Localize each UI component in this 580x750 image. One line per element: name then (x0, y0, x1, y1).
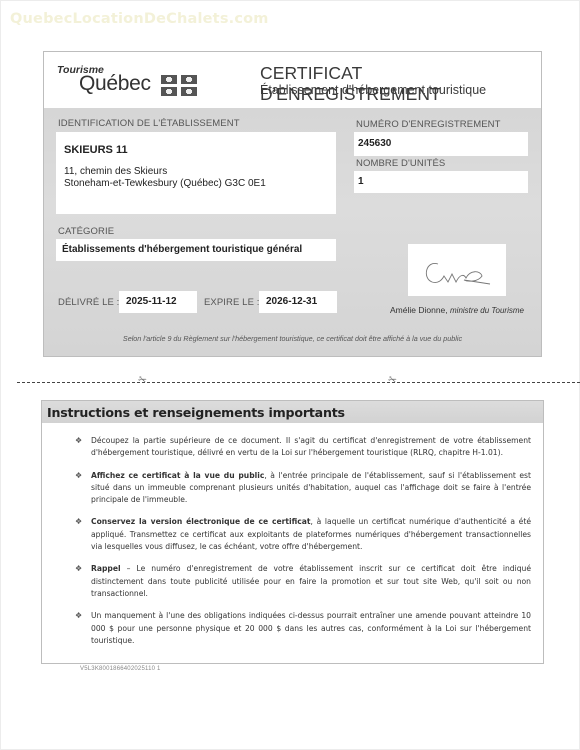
category-value: Établissements d'hébergement touristique… (56, 239, 336, 261)
address-line-2: Stoneham-et-Tewkesbury (Québec) G3C 0E1 (64, 178, 328, 190)
units-label: NOMBRE D'UNITÉS (356, 158, 445, 169)
units-value: 1 (354, 171, 528, 193)
brand-quebec: Québec (79, 72, 151, 96)
instruction-text: – Le numéro d'enregistrement de votre ét… (91, 564, 531, 598)
certificate-header: Tourisme Québec CERTIFICAT D'ENREGISTREM… (44, 52, 541, 108)
instructions-panel: Instructions et renseignements important… (41, 400, 544, 664)
instruction-emphasis: Rappel (91, 564, 121, 573)
registration-certificate: Tourisme Québec CERTIFICAT D'ENREGISTREM… (43, 51, 542, 357)
diamond-bullet-icon: ❖ (75, 435, 82, 447)
identification-label: IDENTIFICATION DE L'ÉTABLISSEMENT (58, 118, 240, 129)
signature-icon (408, 244, 506, 296)
issued-date: 2025-11-12 (119, 291, 197, 313)
diamond-bullet-icon: ❖ (75, 563, 82, 575)
signatory-name: Amélie Dionne, (390, 305, 448, 315)
registration-number-label: NUMÉRO D'ENREGISTREMENT (356, 119, 501, 130)
instruction-item: ❖Rappel – Le numéro d'enregistrement de … (42, 563, 543, 600)
expires-label: EXPIRE LE : (204, 297, 259, 308)
instruction-text: Découpez la partie supérieure de ce docu… (91, 436, 531, 457)
fleur-de-lis-icon (181, 87, 197, 96)
cut-line (17, 382, 580, 383)
issued-label: DÉLIVRÉ LE : (58, 297, 119, 308)
instructions-heading: Instructions et renseignements important… (42, 401, 543, 423)
registration-number: 245630 (354, 132, 528, 156)
diamond-bullet-icon: ❖ (75, 470, 82, 482)
certificate-subtitle: Établissement d'hébergement touristique (260, 83, 486, 97)
diamond-bullet-icon: ❖ (75, 516, 82, 528)
instruction-emphasis: Affichez ce certificat à la vue du publi… (91, 471, 264, 480)
fleur-de-lis-icon (161, 87, 177, 96)
address-line-1: 11, chemin des Skieurs (64, 166, 328, 178)
expires-date: 2026-12-31 (259, 291, 337, 313)
reference-code: V5L3K8001866402025110 1 (80, 666, 161, 672)
signatory: Amélie Dionne, ministre du Tourisme (390, 305, 524, 315)
signature (408, 244, 506, 296)
instruction-item: ❖Un manquement à l'une des obligations i… (42, 610, 543, 647)
fleur-de-lis-icon (181, 75, 197, 84)
establishment-name: SKIEURS 11 (64, 144, 328, 156)
identification-box: SKIEURS 11 11, chemin des Skieurs Stoneh… (56, 132, 336, 214)
certificate-footer-note: Selon l'article 9 du Règlement sur l'héb… (44, 334, 541, 343)
instruction-emphasis: Conservez la version électronique de ce … (91, 517, 311, 526)
instruction-item: ❖Conservez la version électronique de ce… (42, 516, 543, 553)
quebec-flag-icon (161, 75, 197, 97)
diamond-bullet-icon: ❖ (75, 610, 82, 622)
instruction-text: Un manquement à l'une des obligations in… (91, 611, 531, 645)
watermark: QuebecLocationDeChalets.com (10, 11, 269, 27)
fleur-de-lis-icon (161, 75, 177, 84)
signatory-title: ministre du Tourisme (450, 306, 524, 315)
instruction-item: ❖Affichez ce certificat à la vue du publ… (42, 470, 543, 507)
certificate-body: IDENTIFICATION DE L'ÉTABLISSEMENT SKIEUR… (44, 108, 541, 356)
category-label: CATÉGORIE (58, 226, 114, 237)
instructions-list: ❖Découpez la partie supérieure de ce doc… (42, 435, 543, 657)
instruction-item: ❖Découpez la partie supérieure de ce doc… (42, 435, 543, 460)
